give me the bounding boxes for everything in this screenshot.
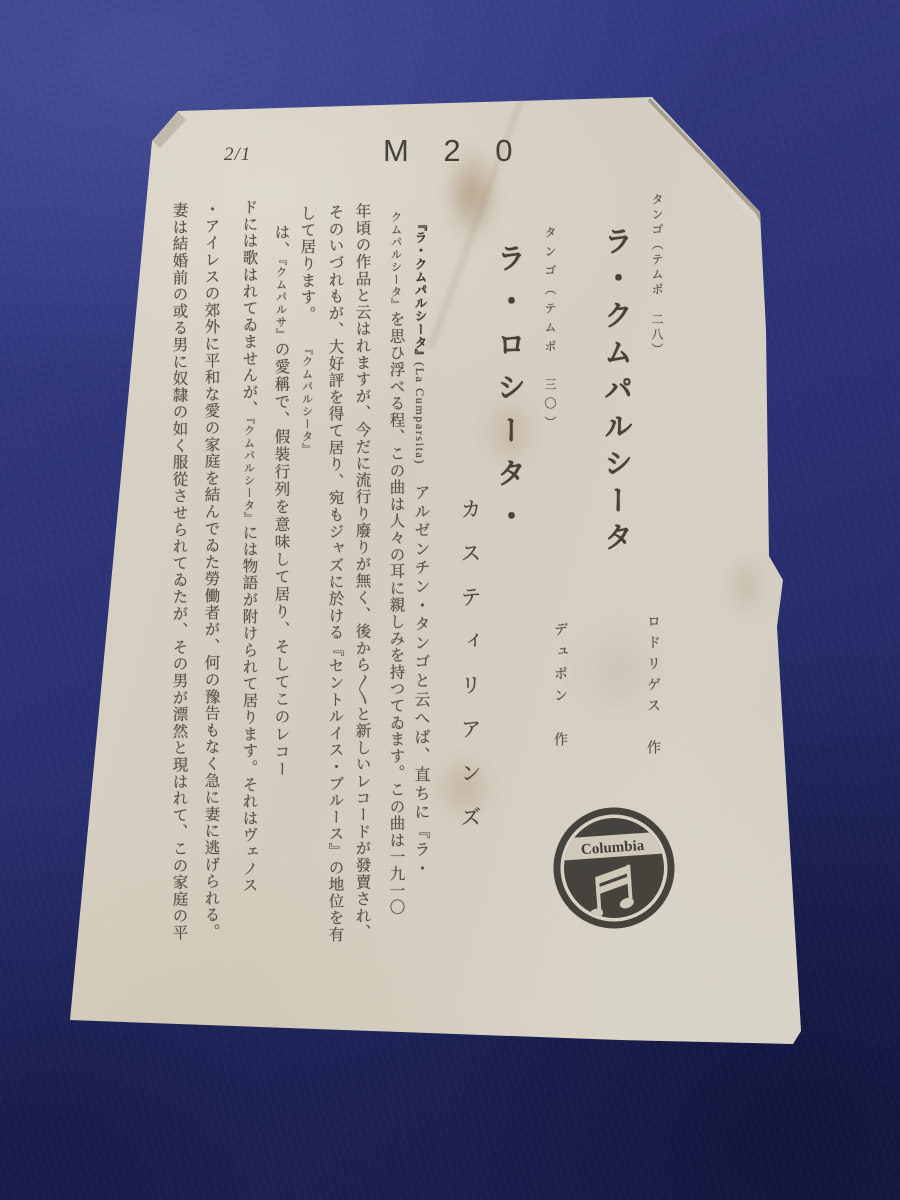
fabric-background: 2/1 M 2 0 タンゴ（テムポ 二八）ラ・クムパルシータロドリゲス 作タンゴ… bbox=[0, 0, 900, 1200]
body-text-column-8: ・アイレスの郊外に平和な愛の家庭を結んでゐた勞働者が、何の豫告もなく急に妻に逃げ… bbox=[203, 201, 219, 940]
body-text-segment: 『クムパルシータ』 bbox=[243, 417, 255, 524]
song-title-2: ラ・ロシータ・ bbox=[494, 243, 523, 544]
body-text-column-5: して居ります。 『クムパルシータ』 bbox=[299, 205, 315, 455]
body-text-segment: クムパルシータ』 bbox=[390, 211, 402, 311]
body-text-segment: を思ひ浮べる程、この曲は人々の耳に親しみを持つてゐます。この曲は一九一〇 bbox=[388, 311, 405, 916]
tempo-annotation-2: タンゴ（テムポ 三〇） bbox=[544, 226, 556, 435]
body-text-column-9: 妻は結婚前の或る男に奴隸の如く服從させられてゐたが、その男が漂然と現はれて、この… bbox=[171, 202, 187, 941]
tempo-annotation-1: タンゴ（テムポ 二八） bbox=[651, 193, 663, 358]
song-title-1: ラ・クムパルシータ bbox=[601, 226, 630, 559]
body-text-segment: 『クムパルサ』 bbox=[275, 259, 287, 341]
body-text-segment: 年頃の作品と云はれますが、今だに流行り廢りが無く、後から〳〵と新しいレコードが發… bbox=[354, 203, 371, 941]
columbia-stamp: Columbia bbox=[548, 802, 680, 934]
columbia-logo-disc bbox=[561, 815, 668, 922]
body-text-column-1: 『ラ・クムパルシータ』(La Cumparsita) アルゼンチン・タンゴと云へ… bbox=[412, 218, 428, 879]
performer-name: カスティリアンズ bbox=[459, 498, 480, 850]
body-text-segment: ・アイレスの郊外に平和な愛の家庭を結んでゐた勞働者が、何の豫告もなく急に妻に逃げ… bbox=[203, 201, 220, 940]
body-text-column-6: は、『クムパルサ』の愛稱で、假裝行列を意味して居り、そしてこのレコー bbox=[273, 224, 289, 778]
body-text-segment: には物語が附けられて居ります。それはヴェノス bbox=[241, 524, 258, 894]
matrix-number: M 2 0 bbox=[383, 133, 515, 169]
body-text-segment: 妻は結婚前の或る男に奴隸の如く服從させられてゐたが、その男が漂然と現はれて、この… bbox=[171, 202, 188, 941]
body-text-segment: アルゼンチン・タンゴと云へば、直ちに『ラ・ bbox=[412, 465, 429, 879]
body-text-segment: (La Cumparsita) bbox=[413, 362, 427, 465]
composer-credit-1: ロドリゲス 作 bbox=[645, 614, 659, 761]
body-text-segment: の愛稱で、假裝行列を意味して居り、そしてこのレコー bbox=[273, 341, 290, 779]
body-text-column-7: ドには歌はれてゐませんが、『クムパルシータ』には物語が附けられて居ります。それは… bbox=[241, 199, 257, 894]
stain bbox=[714, 540, 778, 632]
body-text-column-4: そのいづれもが、大好評を得て居り、宛もジャズに於ける『セントルイス・ブルース』の… bbox=[327, 204, 343, 943]
body-text-segment: 『ラ・クムパルシータ』 bbox=[413, 218, 427, 362]
body-text-column-2: クムパルシータ』を思ひ浮べる程、この曲は人々の耳に親しみを持つてゐます。この曲は… bbox=[388, 211, 404, 916]
body-text-segment: そのいづれもが、大好評を得て居り、宛もジャズに於ける『セントルイス・ブルース』の… bbox=[327, 204, 344, 943]
body-text-column-3: 年頃の作品と云はれますが、今だに流行り廢りが無く、後から〳〵と新しいレコードが發… bbox=[354, 203, 370, 941]
body-text-segment: して居ります。 bbox=[299, 205, 316, 348]
composer-credit-2: デュポン 作 bbox=[552, 622, 566, 754]
stain bbox=[560, 600, 680, 740]
body-text-segment: ドには歌はれてゐませんが、 bbox=[241, 199, 258, 417]
body-text-segment: 『クムパルシータ』 bbox=[301, 348, 313, 455]
sheet-number: 2/1 bbox=[224, 144, 251, 166]
record-sleeve-photo: { "page": { "sheet_number": "2/1", "matr… bbox=[0, 0, 900, 1200]
body-text-segment: は、 bbox=[273, 224, 290, 259]
